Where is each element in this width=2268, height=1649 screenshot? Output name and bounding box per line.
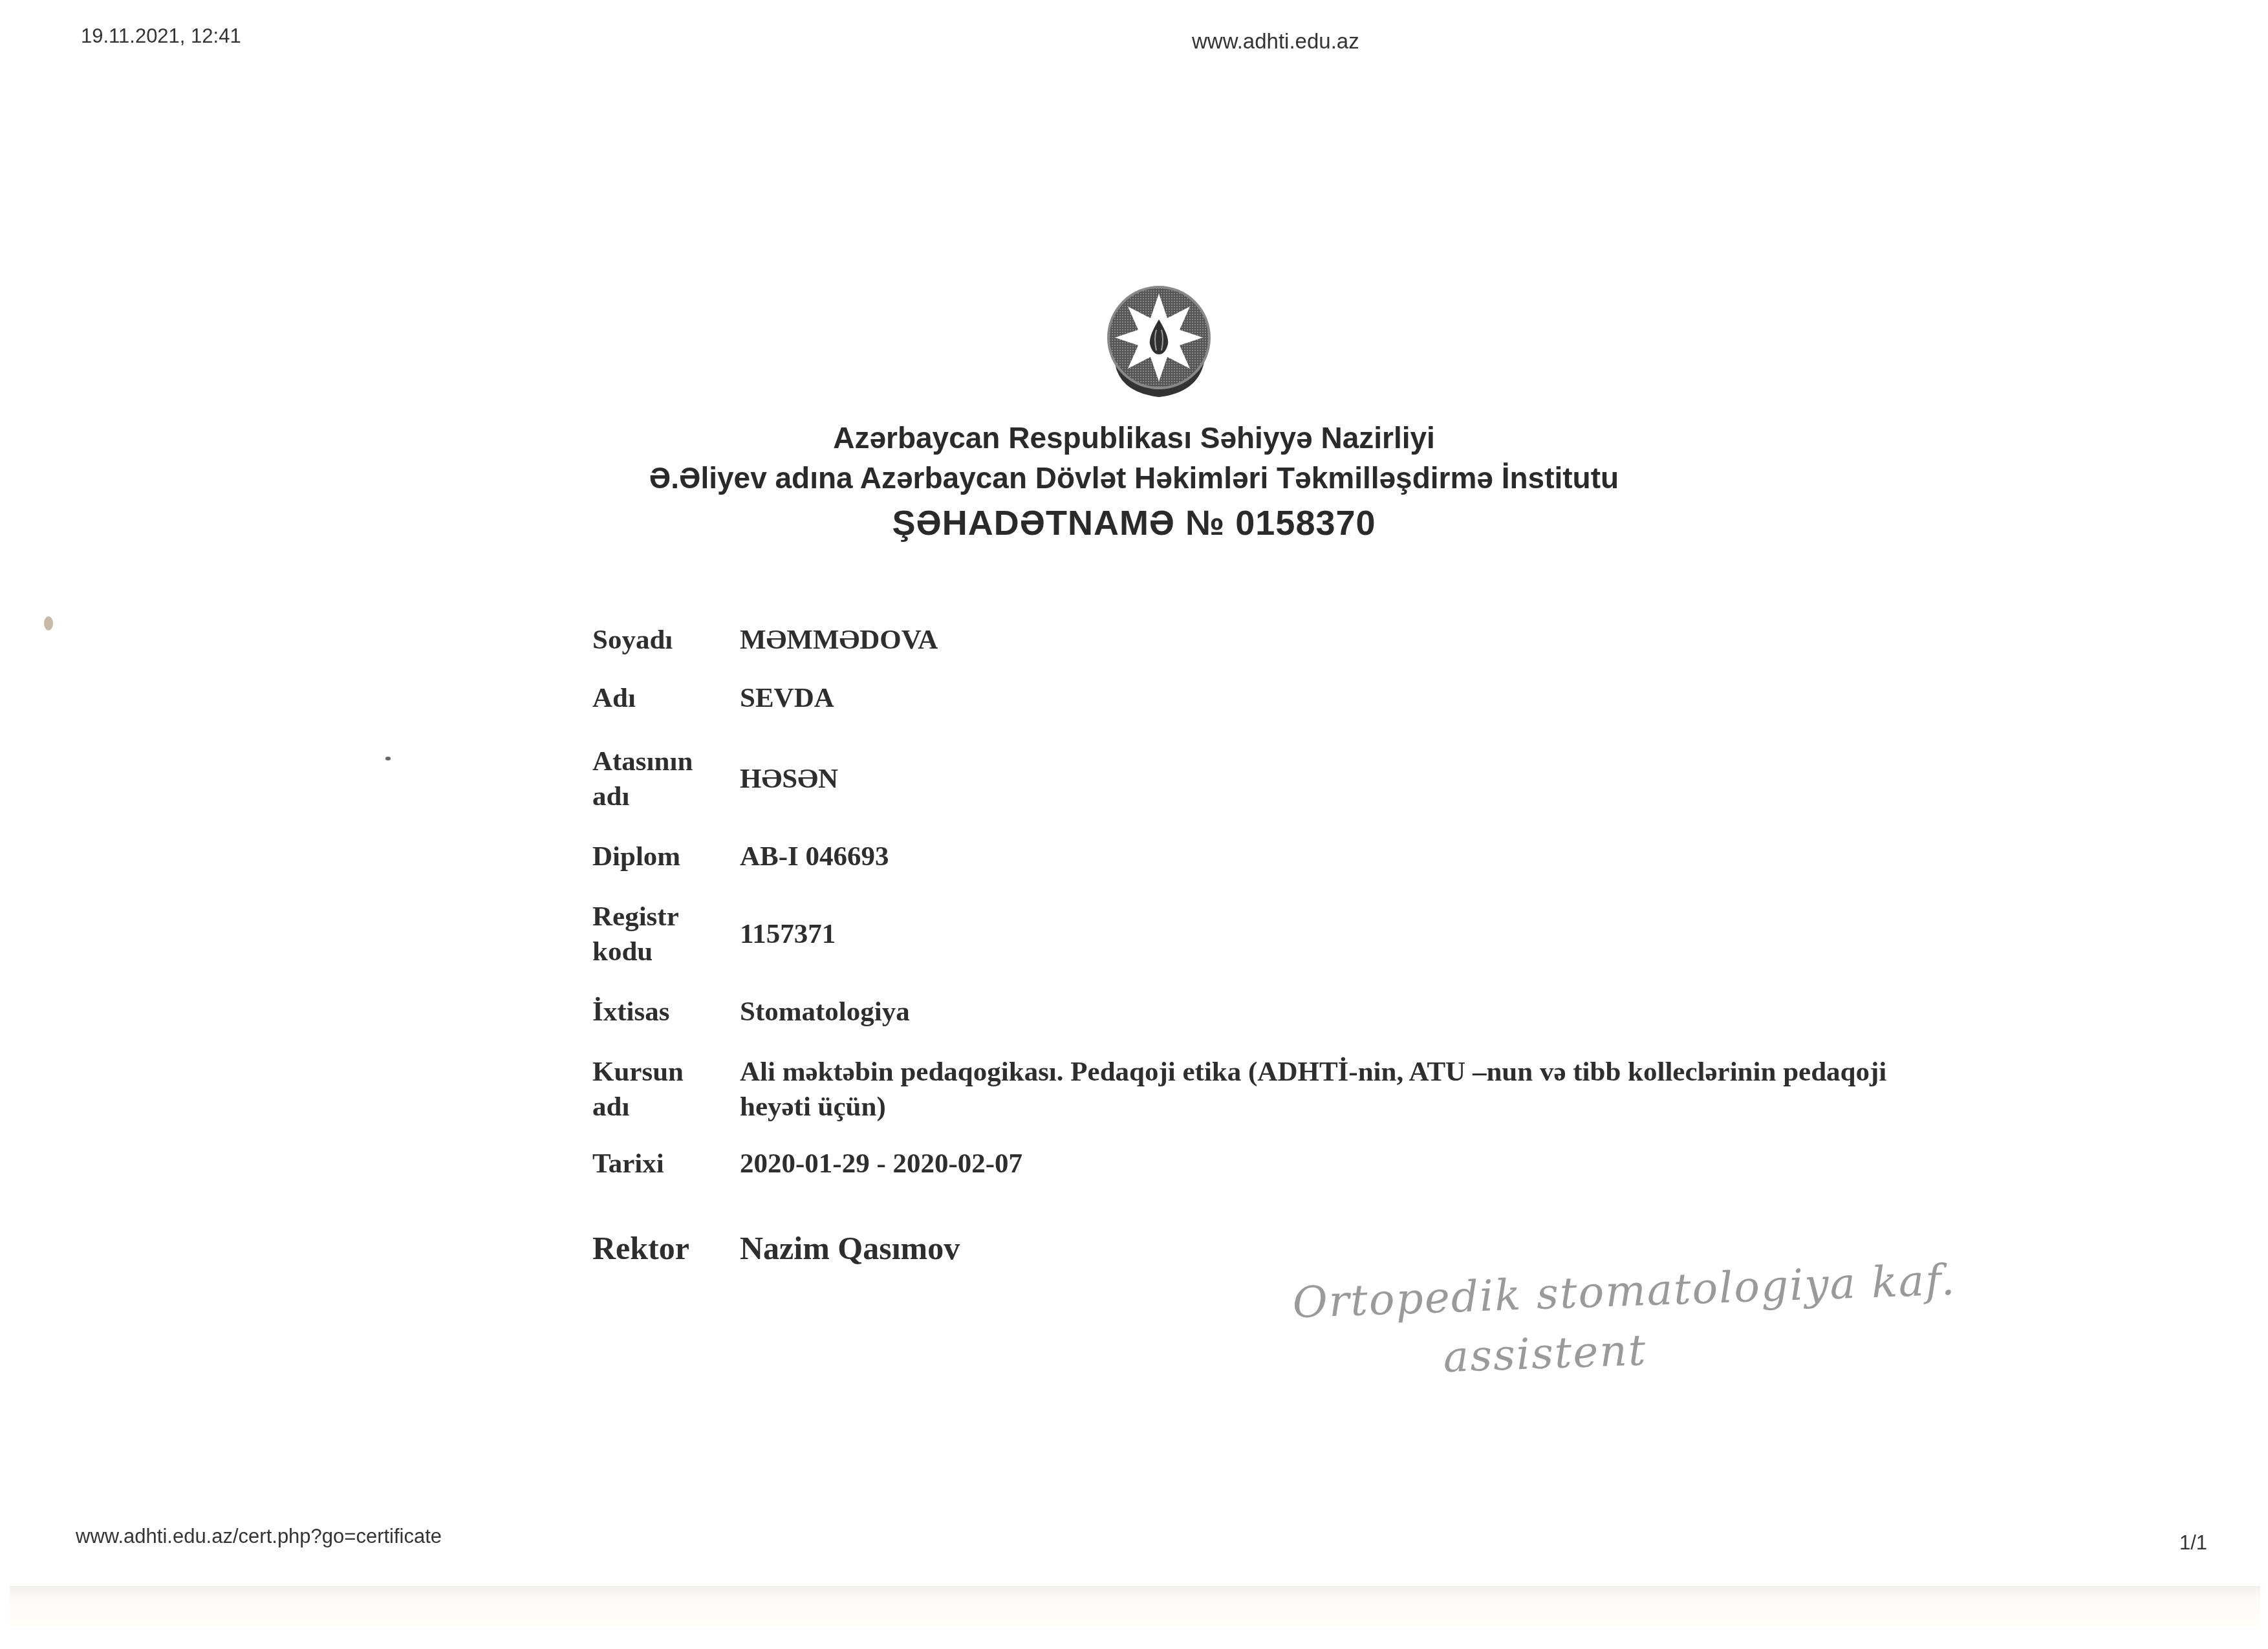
- field-row-first-name: Adı SEVDA: [592, 663, 1950, 734]
- surname-label: Soyadı: [592, 623, 740, 658]
- course-name-label-line2: adı: [592, 1090, 740, 1125]
- first-name-label: Adı: [592, 681, 740, 716]
- scan-speck: [385, 757, 391, 760]
- scan-speck: [44, 616, 53, 630]
- field-row-course-name: Kursun adı Ali məktəbin pedaqogikası. Pe…: [592, 1044, 1950, 1135]
- patronymic-label: Atasının adı: [592, 744, 740, 814]
- registry-code-label-line1: Registr: [592, 900, 740, 934]
- registry-code-value: 1157371: [740, 917, 836, 952]
- rector-value: Nazim Qasımov: [740, 1231, 960, 1266]
- field-row-patronymic: Atasının adı HƏSƏN: [592, 734, 1950, 824]
- print-footer-url: www.adhti.edu.az/cert.php?go=certificate: [76, 1525, 442, 1548]
- scan-paper-edge: [10, 1586, 2260, 1626]
- handwritten-note: Ortopedik stomatologiya kaf. assistent: [1291, 1249, 2007, 1392]
- diploma-label: Diplom: [592, 839, 740, 874]
- course-name-value: Ali məktəbin pedaqogikası. Pedaqoji etik…: [740, 1055, 1891, 1125]
- field-row-surname: Soyadı MƏMMƏDOVA: [592, 618, 1950, 663]
- course-name-label: Kursun adı: [592, 1055, 740, 1125]
- certificate-fields: Soyadı MƏMMƏDOVA Adı SEVDA Atasının adı …: [592, 618, 1950, 1290]
- institute-title: Ə.Əliyev adına Azərbaycan Dövlət Həkimlə…: [0, 460, 2268, 495]
- ministry-title: Azərbaycan Respublikası Səhiyyə Nazirliy…: [0, 420, 2268, 455]
- certificate-title: ŞƏHADƏTNAMƏ № 0158370: [0, 503, 2268, 543]
- field-row-registry-code: Registr kodu 1157371: [592, 889, 1950, 980]
- field-row-date: Tarixi 2020-01-29 - 2020-02-07: [592, 1135, 1950, 1193]
- first-name-value: SEVDA: [740, 681, 834, 716]
- diploma-value: AB-I 046693: [740, 839, 889, 874]
- field-row-diploma: Diplom AB-I 046693: [592, 824, 1950, 889]
- rector-label: Rektor: [592, 1231, 740, 1266]
- date-label: Tarixi: [592, 1147, 740, 1181]
- course-name-label-line1: Kursun: [592, 1055, 740, 1090]
- date-value: 2020-01-29 - 2020-02-07: [740, 1147, 1022, 1181]
- print-date-time: 19.11.2021, 12:41: [81, 25, 241, 48]
- registry-code-label: Registr kodu: [592, 900, 740, 969]
- azerbaijan-state-emblem-icon: [1101, 279, 1217, 402]
- patronymic-label-line2: adı: [592, 779, 740, 814]
- patronymic-label-line1: Atasının: [592, 744, 740, 779]
- patronymic-value: HƏSƏN: [740, 762, 838, 797]
- specialty-value: Stomatologiya: [740, 995, 910, 1029]
- print-page-number: 1/1: [2179, 1531, 2207, 1555]
- registry-code-label-line2: kodu: [592, 934, 740, 969]
- specialty-label: İxtisas: [592, 995, 740, 1029]
- surname-value: MƏMMƏDOVA: [740, 623, 938, 658]
- field-row-specialty: İxtisas Stomatologiya: [592, 980, 1950, 1044]
- print-site-url: www.adhti.edu.az: [1192, 29, 1359, 54]
